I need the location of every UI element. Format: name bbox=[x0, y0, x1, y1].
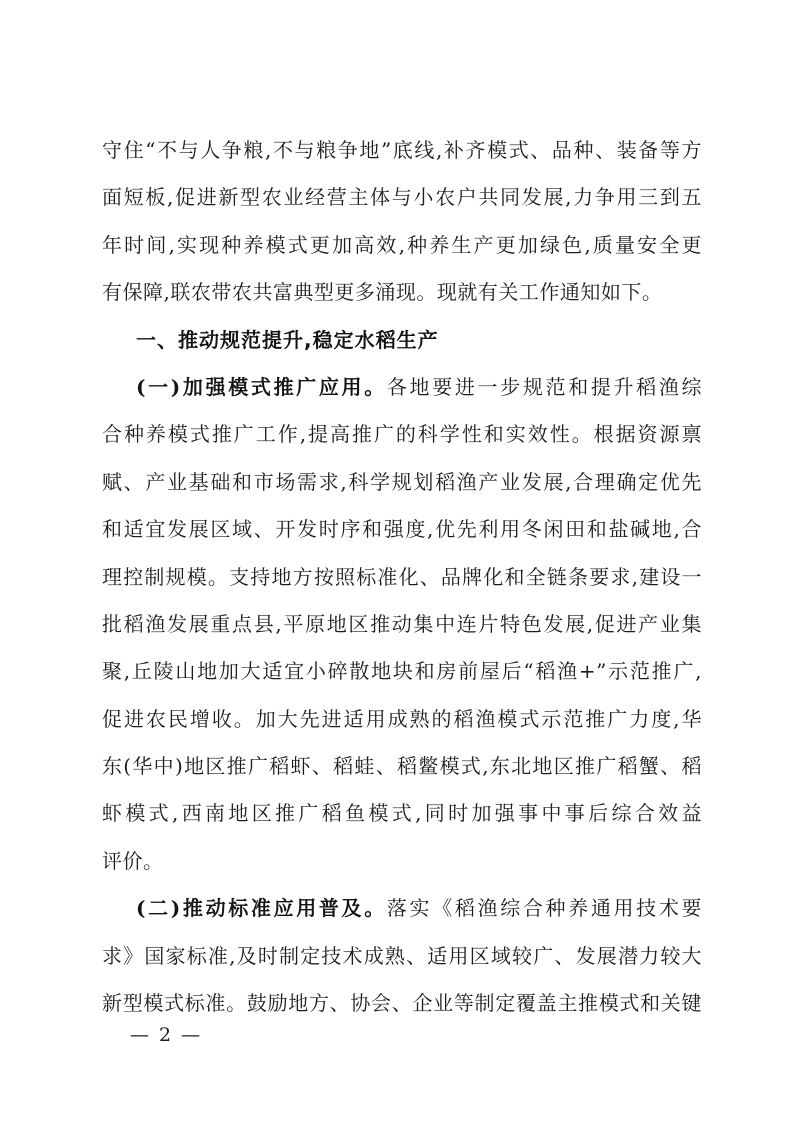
text-line: 促进农民增收。加大先进适用成熟的稻渔模式示范推广力度,华 bbox=[102, 696, 702, 743]
text-line: 年时间,实现种养模式更加高效,种养生产更加绿色,质量安全更 bbox=[102, 222, 702, 269]
text-line: 有保障,联农带农共富典型更多涌现。现就有关工作通知如下。 bbox=[102, 269, 702, 316]
document-page: 守住“不与人争粮,不与粮争地”底线,补齐模式、品种、装备等方 面短板,促进新型农… bbox=[0, 0, 800, 1132]
text-line: 面短板,促进新型农业经营主体与小农户共同发展,力争用三到五 bbox=[102, 174, 702, 221]
section-heading: 一、推动规范提升,稳定水稻生产 bbox=[102, 317, 702, 364]
page-number: — 2 — bbox=[130, 1020, 202, 1050]
text-line: 赋、产业基础和市场需求,科学规划稻渔产业发展,合理确定优先 bbox=[102, 459, 702, 506]
text-line: (二)推动标准应用普及。落实《稻渔综合种养通用技术要 bbox=[102, 885, 702, 932]
text-line: 和适宜发展区域、开发时序和强度,优先利用冬闲田和盐碱地,合 bbox=[102, 506, 702, 553]
document-body: 守住“不与人争粮,不与粮争地”底线,补齐模式、品种、装备等方 面短板,促进新型农… bbox=[102, 127, 702, 1027]
text-line: 守住“不与人争粮,不与粮争地”底线,补齐模式、品种、装备等方 bbox=[102, 127, 702, 174]
subsection-heading: (二)推动标准应用普及。 bbox=[136, 896, 387, 920]
text-line: 评价。 bbox=[102, 838, 702, 885]
line-text: 落实《稻渔综合种养通用技术要 bbox=[387, 896, 702, 920]
line-text: 各地要进一步规范和提升稻渔综 bbox=[387, 375, 702, 399]
text-line: 东(华中)地区推广稻虾、稻蛙、稻鳖模式,东北地区推广稻蟹、稻 bbox=[102, 743, 702, 790]
subsection-heading: (一)加强模式推广应用。 bbox=[136, 375, 387, 399]
text-line: 批稻渔发展重点县,平原地区推动集中连片特色发展,促进产业集 bbox=[102, 601, 702, 648]
text-line: 虾模式,西南地区推广稻鱼模式,同时加强事中事后综合效益 bbox=[102, 790, 702, 837]
text-line: (一)加强模式推广应用。各地要进一步规范和提升稻渔综 bbox=[102, 364, 702, 411]
text-line: 理控制规模。支持地方按照标准化、品牌化和全链条要求,建设一 bbox=[102, 554, 702, 601]
text-line: 合种养模式推广工作,提高推广的科学性和实效性。根据资源禀 bbox=[102, 411, 702, 458]
text-line: 聚,丘陵山地加大适宜小碎散地块和房前屋后“稻渔+”示范推广, bbox=[102, 648, 702, 695]
text-line: 求》国家标准,及时制定技术成熟、适用区域较广、发展潜力较大的 bbox=[102, 933, 702, 980]
